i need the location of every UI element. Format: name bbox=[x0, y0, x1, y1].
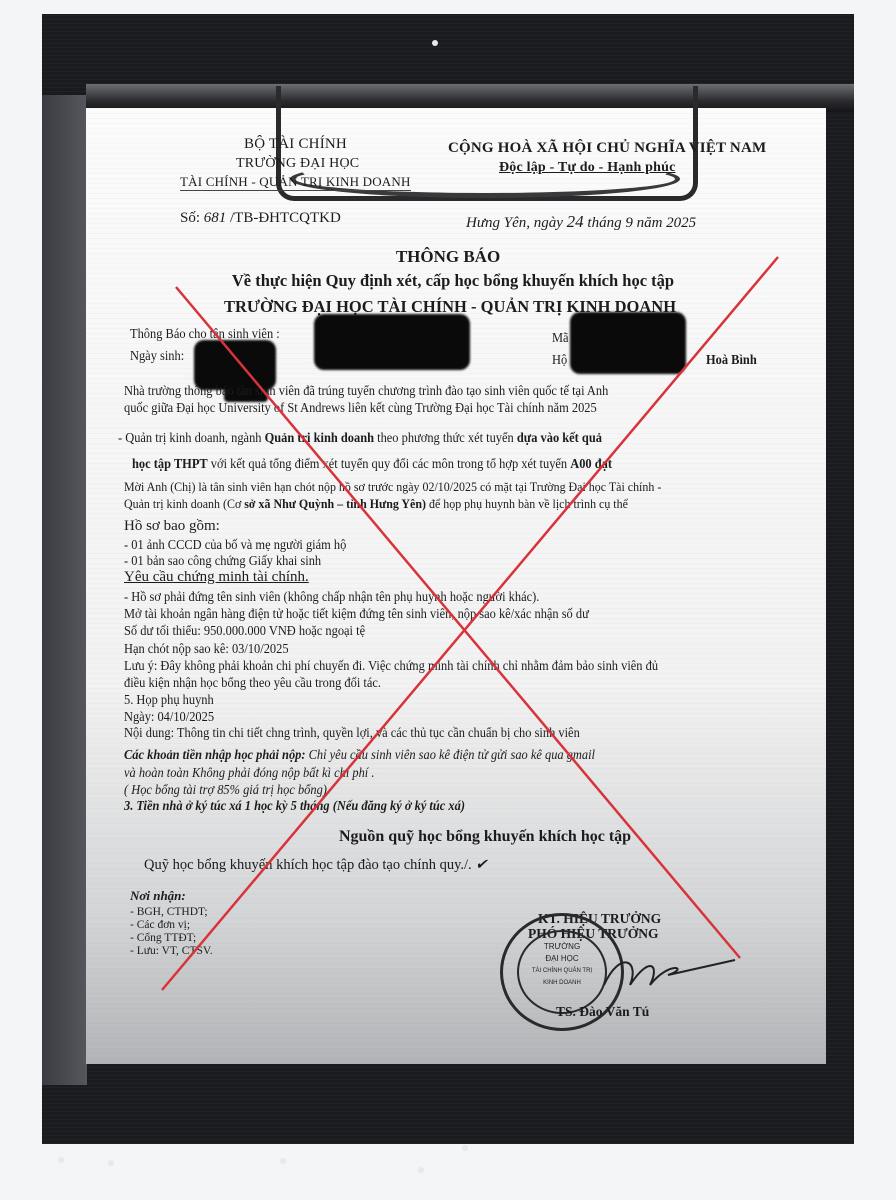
red-x-mark bbox=[0, 0, 896, 1200]
